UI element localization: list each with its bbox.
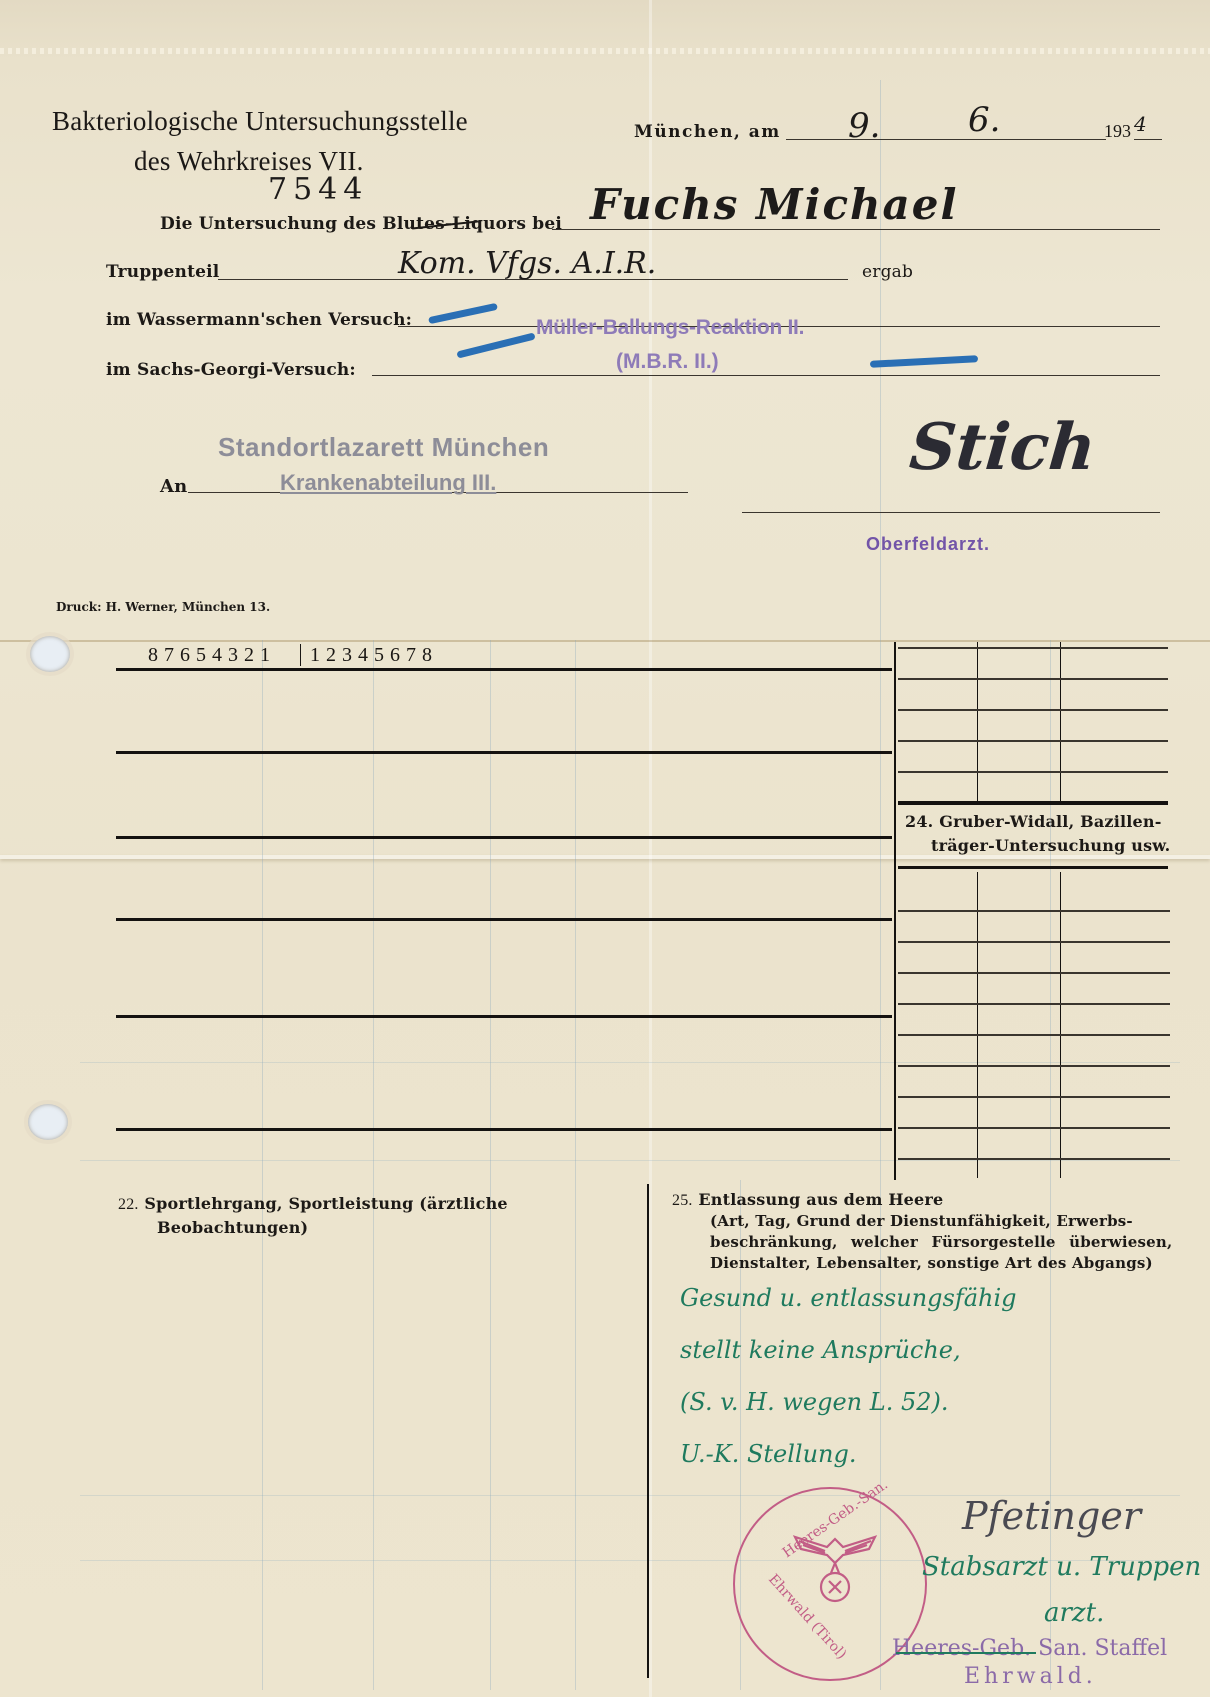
right-table-row (898, 1158, 1170, 1160)
number-strip-divider (300, 644, 301, 666)
right-table-row (898, 647, 1168, 649)
right-table-col (1060, 872, 1061, 1178)
show-through-grid (80, 1062, 1180, 1063)
name-line (552, 229, 1160, 230)
year-line (1134, 139, 1162, 140)
right-table-row (898, 771, 1168, 773)
wassermann-label: im Wassermann'schen Versuch: (106, 310, 412, 330)
signature-bottom: Pfetinger (962, 1494, 1141, 1538)
date-line (786, 139, 1106, 140)
document-page: Bakteriologische Untersuchungsstelle des… (0, 0, 1210, 1697)
right-table-col (977, 642, 978, 802)
section25-title-line3: beschränkung, welcher Fürsorgestelle übe… (710, 1233, 1172, 1251)
examination-label: Die Untersuchung des Blutes-Liquors bei (160, 214, 562, 234)
blue-crayon-mark (456, 332, 535, 358)
section25-left-border (647, 1184, 649, 1678)
section22-title-line2: Beobachtungen) (157, 1218, 308, 1237)
sachs-georgi-line (372, 375, 1160, 376)
signer-title-line2: arzt. (1044, 1598, 1104, 1628)
section24-title: 24. Gruber-Widall, Bazillen- (905, 812, 1162, 831)
mbr-stamp-line2: (M.B.R. II.) (616, 350, 719, 374)
unit-stamp-strikethrough (896, 1652, 1036, 1654)
right-table-col (1060, 642, 1061, 802)
paper-tear-line (0, 640, 1210, 642)
right-table-row (898, 1127, 1170, 1129)
table-rule (116, 1128, 892, 1131)
hospital-stamp-line1: Standortlazarett München (218, 432, 549, 463)
section22-title-line1: Sportlehrgang, Sportleistung (ärztliche (144, 1194, 507, 1213)
discharge-note-line3: (S. v. H. wegen L. 52). (680, 1388, 949, 1416)
right-table-row (898, 1065, 1170, 1067)
to-label: An (160, 476, 187, 497)
discharge-note-line4: U.-K. Stellung. (680, 1440, 857, 1468)
show-through-grid (575, 640, 576, 1690)
blue-crayon-mark (870, 355, 978, 368)
show-through-grid (490, 640, 491, 1690)
right-table-row (898, 941, 1170, 943)
discharge-note-line1: Gesund u. entlassungsfähig (680, 1284, 1017, 1312)
punch-hole-top (30, 636, 70, 672)
right-table-border (894, 642, 896, 1180)
punch-hole-bottom (28, 1104, 68, 1140)
section24-top-rule (898, 801, 1168, 805)
right-table-row (898, 678, 1168, 680)
section22-number: 22. (118, 1196, 139, 1213)
table-rule (116, 836, 892, 839)
signer-title-stamp: Oberfeldarzt. (866, 534, 990, 555)
discharge-note-line2: stellt keine Ansprüche, (680, 1336, 961, 1364)
right-table-row (898, 740, 1168, 742)
result-suffix: ergab (862, 262, 913, 282)
right-table-row (898, 910, 1170, 912)
section25-title-line4: Dienstalter, Lebensalter, sonstige Art d… (710, 1254, 1153, 1272)
date-day: 9. (848, 106, 880, 146)
section25-title-line2: (Art, Tag, Grund der Dienstunfähigkeit, … (710, 1212, 1133, 1230)
sachs-georgi-label: im Sachs-Georgi-Versuch: (106, 360, 356, 380)
horizontal-fold (0, 855, 1210, 859)
unit-stamp-line1: Heeres-Geb. San. Staffel (892, 1636, 1167, 1661)
section24-title-line1: Gruber-Widall, Bazillen- (939, 812, 1161, 831)
printer-imprint: Druck: H. Werner, München 13. (56, 600, 270, 614)
year-suffix: 4 (1134, 112, 1147, 136)
right-table-col (977, 872, 978, 1178)
show-through-grid (373, 640, 374, 1690)
right-table-row (898, 1096, 1170, 1098)
unit-stamp-line2: Ehrwald. (964, 1664, 1097, 1689)
signature-top: Stich (907, 410, 1099, 485)
institution-name-line1: Bakteriologische Untersuchungsstelle (52, 106, 468, 137)
place-date-label: München, am (634, 122, 781, 142)
signature-line (742, 512, 1160, 513)
section24-bottom-rule (898, 866, 1168, 869)
right-table-row (898, 1003, 1170, 1005)
section24-title-line2: träger-Untersuchung usw. (931, 836, 1170, 855)
year-prefix: 193 (1104, 121, 1131, 142)
section25-title-line1: Entlassung aus dem Heere (698, 1190, 943, 1209)
signer-title-line1: Stabsarzt u. Truppen (922, 1552, 1201, 1582)
hospital-stamp-line2: Krankenabteilung III. (280, 470, 496, 496)
section22-title: 22. Sportlehrgang, Sportleistung (ärztli… (118, 1194, 508, 1214)
number-strip-right: 12345678 (310, 644, 438, 667)
table-rule (116, 918, 892, 921)
number-strip-left: 87654321 (148, 644, 276, 667)
mbr-stamp-line1: Müller-Ballungs-Reaktion II. (536, 316, 804, 340)
right-table-row (898, 972, 1170, 974)
table-rule (116, 751, 892, 754)
reference-number: 7544 (268, 172, 368, 207)
section25-title: 25. Entlassung aus dem Heere (672, 1190, 943, 1210)
right-table-row (898, 709, 1168, 711)
unit-label: Truppenteil (106, 262, 219, 282)
blue-crayon-mark (428, 303, 498, 324)
section24-number: 24. (905, 812, 933, 831)
show-through-grid (262, 640, 263, 1690)
patient-name: Fuchs Michael (590, 180, 958, 229)
section25-number: 25. (672, 1192, 693, 1209)
examination-label-text: Die Untersuchung des Blutes-Liquors bei (160, 214, 562, 234)
show-through-grid (80, 1160, 1180, 1161)
eagle-emblem-icon (787, 1519, 883, 1609)
table-rule (116, 668, 892, 671)
table-rule (116, 1015, 892, 1018)
right-table-row (898, 1034, 1170, 1036)
date-month: 6. (968, 100, 1000, 140)
show-through-grid (880, 80, 881, 1690)
perforation-edge (0, 48, 1210, 54)
unit-value: Kom. Vfgs. A.I.R. (398, 246, 656, 281)
